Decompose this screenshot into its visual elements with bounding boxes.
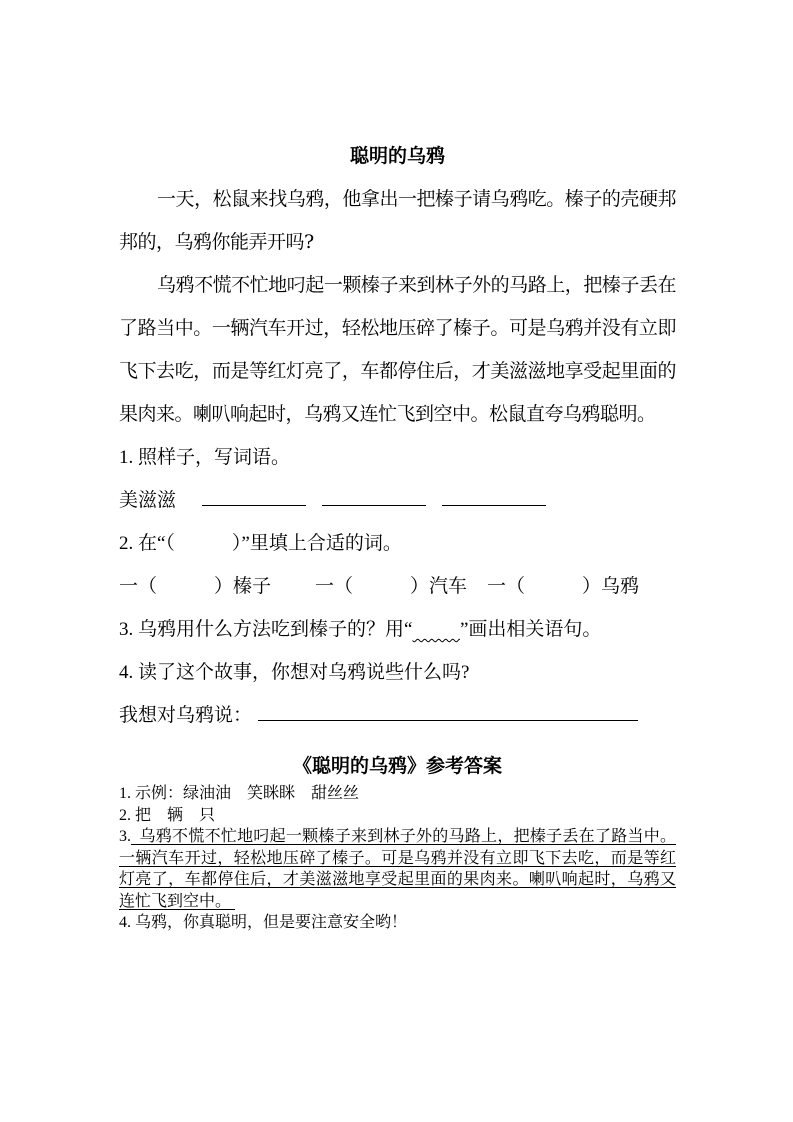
answer-prompt: 我想对乌鸦说： bbox=[119, 705, 252, 726]
wavy-line-mark bbox=[412, 619, 460, 640]
question-2: 2. 在“（ ）”里填上合适的词。 bbox=[119, 522, 676, 565]
answer-4: 4. 乌鸦，你真聪明，但是要注意安全哟！ bbox=[119, 912, 676, 934]
question-3-prefix: 3. 乌鸦用什么方法吃到榛子的？用“ bbox=[119, 619, 412, 640]
answer-blank-3 bbox=[442, 486, 546, 506]
fill-item-crow: 一（ ）乌鸦 bbox=[487, 565, 639, 608]
fill-item-car: 一（ ）汽车 bbox=[315, 565, 467, 608]
question-3-suffix: ”画出相关语句。 bbox=[460, 619, 601, 640]
answer-blank-long bbox=[258, 701, 638, 721]
story-paragraph-2: 乌鸦不慌不忙地叼起一颗榛子来到林子外的马路上，把榛子丢在了路当中。一辆汽车开过，… bbox=[119, 264, 676, 436]
answer-key-title: 《聪明的乌鸦》参考答案 bbox=[119, 753, 676, 779]
underlined-passage: 乌鸦不慌不忙地叼起一颗榛子来到林子外的马路上，把榛子丢在了路当中。一辆汽车开过，… bbox=[119, 828, 676, 910]
answer-blank-1 bbox=[202, 486, 306, 506]
question-4: 4. 读了这个故事，你想对乌鸦说些什么吗? bbox=[119, 651, 676, 694]
answer-1: 1. 示例：绿油油 笑眯眯 甜丝丝 bbox=[119, 783, 676, 805]
answer-2: 2. 把 辆 只 bbox=[119, 805, 676, 827]
question-4-answer-row: 我想对乌鸦说： bbox=[119, 694, 676, 737]
doc-title: 聪明的乌鸦 bbox=[119, 135, 676, 178]
worksheet-page: 聪明的乌鸦 一天，松鼠来找乌鸦，他拿出一把榛子请乌鸦吃。榛子的壳硬邦邦的，乌鸦你… bbox=[0, 0, 793, 1122]
story-paragraph-1: 一天，松鼠来找乌鸦，他拿出一把榛子请乌鸦吃。榛子的壳硬邦邦的，乌鸦你能弄开吗? bbox=[119, 178, 676, 264]
answer-blank-2 bbox=[322, 486, 426, 506]
answer-3: 3. 乌鸦不慌不忙地叼起一颗榛子来到林子外的马路上，把榛子丢在了路当中。一辆汽车… bbox=[119, 826, 676, 912]
example-word: 美滋滋 bbox=[119, 490, 176, 511]
fill-item-hazelnut: 一（ ）榛子 bbox=[119, 565, 271, 608]
question-1-answer-row: 美滋滋 bbox=[119, 479, 676, 522]
question-3: 3. 乌鸦用什么方法吃到榛子的？用“ ”画出相关语句。 bbox=[119, 608, 676, 651]
answer-key-section: 《聪明的乌鸦》参考答案 1. 示例：绿油油 笑眯眯 甜丝丝 2. 把 辆 只 3… bbox=[119, 753, 676, 934]
question-1: 1. 照样子，写词语。 bbox=[119, 436, 676, 479]
question-2-items-row: 一（ ）榛子一（ ）汽车一（ ）乌鸦 bbox=[119, 565, 676, 608]
answer-3-number: 3. bbox=[119, 828, 131, 845]
